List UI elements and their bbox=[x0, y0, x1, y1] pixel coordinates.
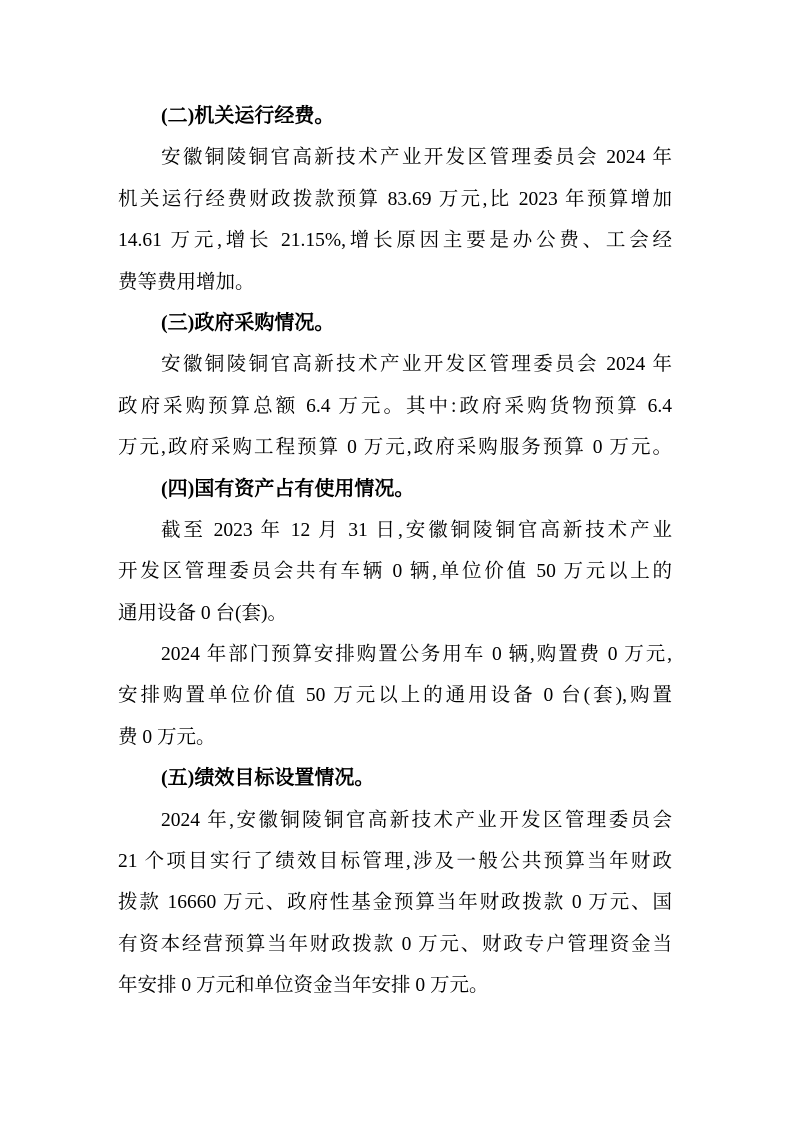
document-body: (二)机关运行经费。安徽铜陵铜官高新技术产业开发区管理委员会 2024 年机关运… bbox=[118, 96, 672, 1007]
section-heading: (五)绩效目标设置情况。 bbox=[118, 758, 672, 799]
text-line: 14.61 万元,增长 21.15%,增长原因主要是办公费、工会经 bbox=[118, 220, 672, 261]
text-line: 2024 年,安徽铜陵铜官高新技术产业开发区管理委员会 bbox=[118, 800, 672, 841]
section-heading: (三)政府采购情况。 bbox=[118, 303, 672, 344]
text-line: 21 个项目实行了绩效目标管理,涉及一般公共预算当年财政 bbox=[118, 841, 672, 882]
text-line: 通用设备 0 台(套)。 bbox=[118, 593, 672, 634]
text-line: 开发区管理委员会共有车辆 0 辆,单位价值 50 万元以上的 bbox=[118, 551, 672, 592]
text-line: 安徽铜陵铜官高新技术产业开发区管理委员会 2024 年 bbox=[118, 344, 672, 385]
text-line: 万元,政府采购工程预算 0 万元,政府采购服务预算 0 万元。 bbox=[118, 427, 672, 468]
section-heading: (二)机关运行经费。 bbox=[118, 96, 672, 137]
text-line: 费 0 万元。 bbox=[118, 717, 672, 758]
text-line: 政府采购预算总额 6.4 万元。其中:政府采购货物预算 6.4 bbox=[118, 386, 672, 427]
text-line: 有资本经营预算当年财政拨款 0 万元、财政专户管理资金当 bbox=[118, 924, 672, 965]
text-line: 安徽铜陵铜官高新技术产业开发区管理委员会 2024 年 bbox=[118, 137, 672, 178]
text-line: 2024 年部门预算安排购置公务用车 0 辆,购置费 0 万元, bbox=[118, 634, 672, 675]
document-page: (二)机关运行经费。安徽铜陵铜官高新技术产业开发区管理委员会 2024 年机关运… bbox=[0, 0, 793, 1122]
text-line: 机关运行经费财政拨款预算 83.69 万元,比 2023 年预算增加 bbox=[118, 179, 672, 220]
text-line: 费等费用增加。 bbox=[118, 262, 672, 303]
section-heading: (四)国有资产占有使用情况。 bbox=[118, 469, 672, 510]
text-line: 安排购置单位价值 50 万元以上的通用设备 0 台(套),购置 bbox=[118, 675, 672, 716]
text-line: 年安排 0 万元和单位资金当年安排 0 万元。 bbox=[118, 965, 672, 1006]
text-line: 拨款 16660 万元、政府性基金预算当年财政拨款 0 万元、国 bbox=[118, 882, 672, 923]
text-line: 截至 2023 年 12 月 31 日,安徽铜陵铜官高新技术产业 bbox=[118, 510, 672, 551]
